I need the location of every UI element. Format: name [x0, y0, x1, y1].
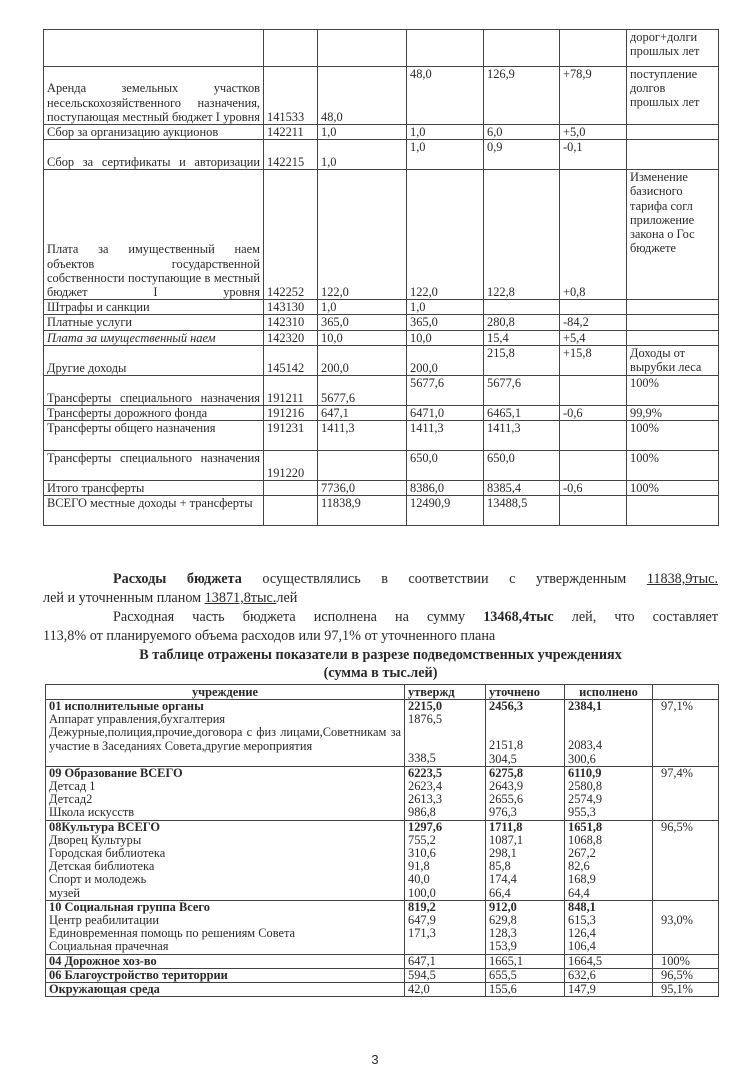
cell-note [627, 496, 719, 526]
cell-plan: 5677,6 [407, 375, 484, 405]
cell-diff: +0,8 [560, 170, 627, 300]
cell-name: музей [46, 887, 405, 901]
cell-note [627, 300, 719, 315]
cell-diff: +78,9 [560, 67, 627, 125]
cell-pct [653, 940, 719, 954]
cell-plan: 1665,1 [486, 954, 565, 968]
cell-plan: 2151,8304,5 [486, 726, 565, 766]
income-row: Другие доходы145142200,0200,0215,8+15,8Д… [44, 345, 719, 375]
cell-name: Штрафы и санкции [44, 300, 264, 315]
cell-plan: 1,0 [407, 140, 484, 170]
income-row: Штрафы и санкции1431301,01,0 [44, 300, 719, 315]
cell-approved: 122,0 [318, 170, 407, 300]
cell-name: Плата за имущественный наем объектов гос… [44, 170, 264, 300]
income-row: дорог+долги прошлых лет [44, 30, 719, 67]
cell-pct [653, 860, 719, 873]
cell-code: 142310 [264, 315, 318, 330]
cell-code: 191231 [264, 421, 318, 451]
cell-actual: 6110,9 [565, 766, 653, 780]
expense-row: Окружающая среда42,0155,6147,995,1% [46, 983, 719, 997]
cell-code: 142320 [264, 330, 318, 345]
cell-approved [405, 940, 486, 954]
cell-approved: 48,0 [318, 67, 407, 125]
header-row: учреждениеутверждуточненоисполнено [46, 685, 719, 700]
cell-pct [653, 900, 719, 914]
cell-name: Трансферты специального назначения [44, 375, 264, 405]
cell-approved: 5677,6 [318, 375, 407, 405]
cell-name [44, 30, 264, 67]
cell-approved: 2215,0 [405, 700, 486, 714]
cell-approved: 171,3 [405, 927, 486, 940]
income-row: Плата за имущественный наем объектов гос… [44, 170, 719, 300]
cell-pct [653, 847, 719, 860]
expenses-paragraph: Расходы бюджета осуществлялись в соответ… [43, 570, 718, 682]
cell-pct: 95,1% [653, 983, 719, 997]
cell-plan: 122,0 [407, 170, 484, 300]
cell-plan: 650,0 [407, 451, 484, 481]
expense-row: 01 исполнительные органы2215,02456,32384… [46, 700, 719, 714]
cell-actual [484, 300, 560, 315]
cell-plan: 66,4 [486, 887, 565, 901]
cell-plan: 365,0 [407, 315, 484, 330]
cell-plan: 912,0 [486, 900, 565, 914]
cell-actual: 1651,8 [565, 820, 653, 834]
cell-actual: 2083,4300,6 [565, 726, 653, 766]
cell-name: ВСЕГО местные доходы + трансферты [44, 496, 264, 526]
table-subtitle: (сумма в тыс.лей) [43, 665, 718, 682]
cell-code: 143130 [264, 300, 318, 315]
expense-row: Детская библиотека91,885,882,6 [46, 860, 719, 873]
expenses-heading: Расходы бюджета [113, 571, 242, 587]
cell-pct: 100% [653, 954, 719, 968]
cell-actual: 2384,1 [565, 700, 653, 714]
cell-pct: 97,1% [653, 700, 719, 714]
cell-actual: 168,9 [565, 873, 653, 886]
cell-actual [484, 30, 560, 67]
income-row: Аренда земельных участков несельскохозяй… [44, 67, 719, 125]
cell-actual: 8385,4 [484, 481, 560, 496]
expense-row: 09 Образование ВСЕГО6223,56275,86110,997… [46, 766, 719, 780]
expense-row: 06 Благоустройство територрии594,5655,56… [46, 968, 719, 982]
cell-actual: 6,0 [484, 125, 560, 140]
cell-name: 08Культура ВСЕГО [46, 820, 405, 834]
cell-plan: 200,0 [407, 345, 484, 375]
cell-actual: 15,4 [484, 330, 560, 345]
cell-diff: -84,2 [560, 315, 627, 330]
income-row: Сбор за организацию аукционов1422111,01,… [44, 125, 719, 140]
cell-actual: 280,8 [484, 315, 560, 330]
cell-name: Социальная прачечная [46, 940, 405, 954]
table-title: В таблице отражены показатели в разрезе … [43, 646, 718, 665]
cell-approved: 365,0 [318, 315, 407, 330]
cell-actual: 0,9 [484, 140, 560, 170]
cell-plan: 1711,8 [486, 820, 565, 834]
cell-approved: 7736,0 [318, 481, 407, 496]
cell-pct [653, 873, 719, 886]
cell-diff: -0,6 [560, 481, 627, 496]
plan-amount: 13871,8тыс. [205, 590, 277, 606]
cell-name: Трансферты дорожного фонда [44, 405, 264, 420]
cell-plan [407, 30, 484, 67]
cell-code: 142252 [264, 170, 318, 300]
cell-note [627, 125, 719, 140]
approved-amount: 11838,9тыс. [647, 571, 718, 587]
cell-name: Платные услуги [44, 315, 264, 330]
cell-actual: 64,4 [565, 887, 653, 901]
cell-pct [653, 713, 719, 726]
cell-note: Доходы от вырубки леса [627, 345, 719, 375]
cell-pct: 96,5% [653, 968, 719, 982]
cell-pct [653, 806, 719, 820]
expense-row: 08Культура ВСЕГО1297,61711,81651,896,5% [46, 820, 719, 834]
cell-plan: 1411,3 [407, 421, 484, 451]
cell-approved: 338,5 [405, 726, 486, 766]
cell-note: 99,9% [627, 405, 719, 420]
cell-name: 01 исполнительные органы [46, 700, 405, 714]
expense-row: Школа искусств986,8976,3955,3 [46, 806, 719, 820]
cell-plan: 8386,0 [407, 481, 484, 496]
cell-name: Спорт и молодежь [46, 873, 405, 886]
cell-plan: 153,9 [486, 940, 565, 954]
cell-name: Другие доходы [44, 345, 264, 375]
cell-diff: +15,8 [560, 345, 627, 375]
column-header: утвержд [405, 685, 486, 700]
cell-approved: 11838,9 [318, 496, 407, 526]
cell-name: Трансферты общего назначения [44, 421, 264, 451]
cell-name: Плата за имущественный наем [44, 330, 264, 345]
cell-note [627, 315, 719, 330]
cell-approved: 1,0 [318, 125, 407, 140]
cell-plan: 1,0 [407, 125, 484, 140]
cell-note [627, 330, 719, 345]
column-header [653, 685, 719, 700]
cell-code: 191216 [264, 405, 318, 420]
cell-approved: 40,0 [405, 873, 486, 886]
cell-pct: 96,5% [653, 820, 719, 834]
page-number: 3 [0, 1052, 750, 1067]
cell-pct: 97,4% [653, 766, 719, 780]
cell-approved: 10,0 [318, 330, 407, 345]
cell-actual: 5677,6 [484, 375, 560, 405]
cell-approved: 819,2 [405, 900, 486, 914]
cell-plan: 655,5 [486, 968, 565, 982]
cell-approved: 200,0 [318, 345, 407, 375]
cell-approved: 6223,5 [405, 766, 486, 780]
cell-code [264, 30, 318, 67]
cell-name: Итого трансферты [44, 481, 264, 496]
cell-name: Сбор за сертификаты и авторизации [44, 140, 264, 170]
cell-plan: 6275,8 [486, 766, 565, 780]
cell-approved: 986,8 [405, 806, 486, 820]
cell-diff: -0,1 [560, 140, 627, 170]
cell-code: 191220 [264, 451, 318, 481]
cell-name: Окружающая среда [46, 983, 405, 997]
cell-actual: 1411,3 [484, 421, 560, 451]
column-header: исполнено [565, 685, 653, 700]
expense-table: учреждениеутверждуточненоисполнено 01 ис… [45, 684, 719, 997]
cell-actual: 632,6 [565, 968, 653, 982]
cell-code: 141533 [264, 67, 318, 125]
expense-row: Спорт и молодежь40,0174,4168,9 [46, 873, 719, 886]
income-row: Плата за имущественный наем14232010,010,… [44, 330, 719, 345]
column-header: учреждение [46, 685, 405, 700]
cell-name: 10 Социальная группа Всего [46, 900, 405, 914]
cell-note: поступление долгов прошлых лет [627, 67, 719, 125]
cell-approved [318, 30, 407, 67]
income-row: ВСЕГО местные доходы + трансферты11838,9… [44, 496, 719, 526]
cell-plan: 174,4 [486, 873, 565, 886]
income-row: Итого трансферты7736,08386,08385,4-0,610… [44, 481, 719, 496]
cell-note: 100% [627, 451, 719, 481]
cell-code: 191211 [264, 375, 318, 405]
cell-diff: +5,0 [560, 125, 627, 140]
expense-row: Детсад 12623,42643,92580,8 [46, 780, 719, 793]
cell-plan: 2456,3 [486, 700, 565, 714]
cell-pct [653, 927, 719, 940]
cell-plan [486, 713, 565, 726]
cell-plan: 155,6 [486, 983, 565, 997]
income-row: Сбор за сертификаты и авторизации1422151… [44, 140, 719, 170]
cell-actual: 215,8 [484, 345, 560, 375]
expense-row: Социальная прачечная153,9106,4 [46, 940, 719, 954]
cell-diff: +5,4 [560, 330, 627, 345]
cell-approved [318, 451, 407, 481]
cell-pct [653, 887, 719, 901]
cell-name: Детсад 1 [46, 780, 405, 793]
cell-plan: 48,0 [407, 67, 484, 125]
cell-actual: 13488,5 [484, 496, 560, 526]
cell-actual: 1664,5 [565, 954, 653, 968]
expense-row: 10 Социальная группа Всего819,2912,0848,… [46, 900, 719, 914]
cell-name: Дежурные,полиция,прочие,договора с физ л… [46, 726, 405, 766]
cell-actual: 955,3 [565, 806, 653, 820]
cell-code: 142215 [264, 140, 318, 170]
cell-note [627, 140, 719, 170]
expense-row: Дежурные,полиция,прочие,договора с физ л… [46, 726, 719, 766]
cell-code [264, 481, 318, 496]
cell-actual [565, 713, 653, 726]
income-row: Трансферты дорожного фонда191216647,1647… [44, 405, 719, 420]
income-row: Трансферты общего назначения1912311411,3… [44, 421, 719, 451]
cell-approved: 100,0 [405, 887, 486, 901]
cell-pct [653, 793, 719, 806]
cell-note: 100% [627, 421, 719, 451]
cell-name: Аренда земельных участков несельскохозяй… [44, 67, 264, 125]
cell-code: 145142 [264, 345, 318, 375]
cell-note: Изменение базисного тарифа согл приложен… [627, 170, 719, 300]
cell-pct [653, 726, 719, 766]
cell-actual: 848,1 [565, 900, 653, 914]
cell-pct: 93,0% [653, 914, 719, 927]
cell-actual: 147,9 [565, 983, 653, 997]
cell-code [264, 496, 318, 526]
cell-pct [653, 780, 719, 793]
cell-approved: 1876,5 [405, 713, 486, 726]
cell-name: Сбор за организацию аукционов [44, 125, 264, 140]
cell-approved: 647,1 [318, 405, 407, 420]
cell-name: 09 Образование ВСЕГО [46, 766, 405, 780]
income-row: Трансферты специального назначения191211… [44, 375, 719, 405]
cell-plan: 976,3 [486, 806, 565, 820]
cell-diff: -0,6 [560, 405, 627, 420]
cell-plan: 6471,0 [407, 405, 484, 420]
cell-approved: 1,0 [318, 300, 407, 315]
cell-diff [560, 30, 627, 67]
cell-diff [560, 421, 627, 451]
cell-approved: 1,0 [318, 140, 407, 170]
cell-note: 100% [627, 375, 719, 405]
cell-name: 04 Дорожное хоз-во [46, 954, 405, 968]
cell-approved: 594,5 [405, 968, 486, 982]
cell-name: Трансферты специального назначения [44, 451, 264, 481]
expense-row: музей100,066,464,4 [46, 887, 719, 901]
cell-diff [560, 300, 627, 315]
cell-actual: 106,4 [565, 940, 653, 954]
cell-approved: 1411,3 [318, 421, 407, 451]
cell-approved: 42,0 [405, 983, 486, 997]
cell-actual: 126,9 [484, 67, 560, 125]
column-header: уточнено [486, 685, 565, 700]
cell-note: дорог+долги прошлых лет [627, 30, 719, 67]
cell-approved: 647,1 [405, 954, 486, 968]
cell-actual: 122,8 [484, 170, 560, 300]
cell-note: 100% [627, 481, 719, 496]
expense-row: Детсад22613,32655,62574,9 [46, 793, 719, 806]
cell-actual: 650,0 [484, 451, 560, 481]
cell-name: Школа искусств [46, 806, 405, 820]
income-row: Трансферты специального назначения191220… [44, 451, 719, 481]
cell-diff [560, 451, 627, 481]
cell-code: 142211 [264, 125, 318, 140]
executed-amount: 13468,4тыс [483, 609, 553, 625]
cell-plan: 1,0 [407, 300, 484, 315]
cell-approved: 1297,6 [405, 820, 486, 834]
income-row: Платные услуги142310365,0365,0280,8-84,2 [44, 315, 719, 330]
cell-actual: 6465,1 [484, 405, 560, 420]
income-table: дорог+долги прошлых летАренда земельных … [43, 29, 719, 526]
cell-pct [653, 834, 719, 847]
expense-row: 04 Дорожное хоз-во647,11665,11664,5100% [46, 954, 719, 968]
cell-plan: 10,0 [407, 330, 484, 345]
cell-diff [560, 375, 627, 405]
cell-plan: 12490,9 [407, 496, 484, 526]
cell-name: 06 Благоустройство територрии [46, 968, 405, 982]
cell-diff [560, 496, 627, 526]
